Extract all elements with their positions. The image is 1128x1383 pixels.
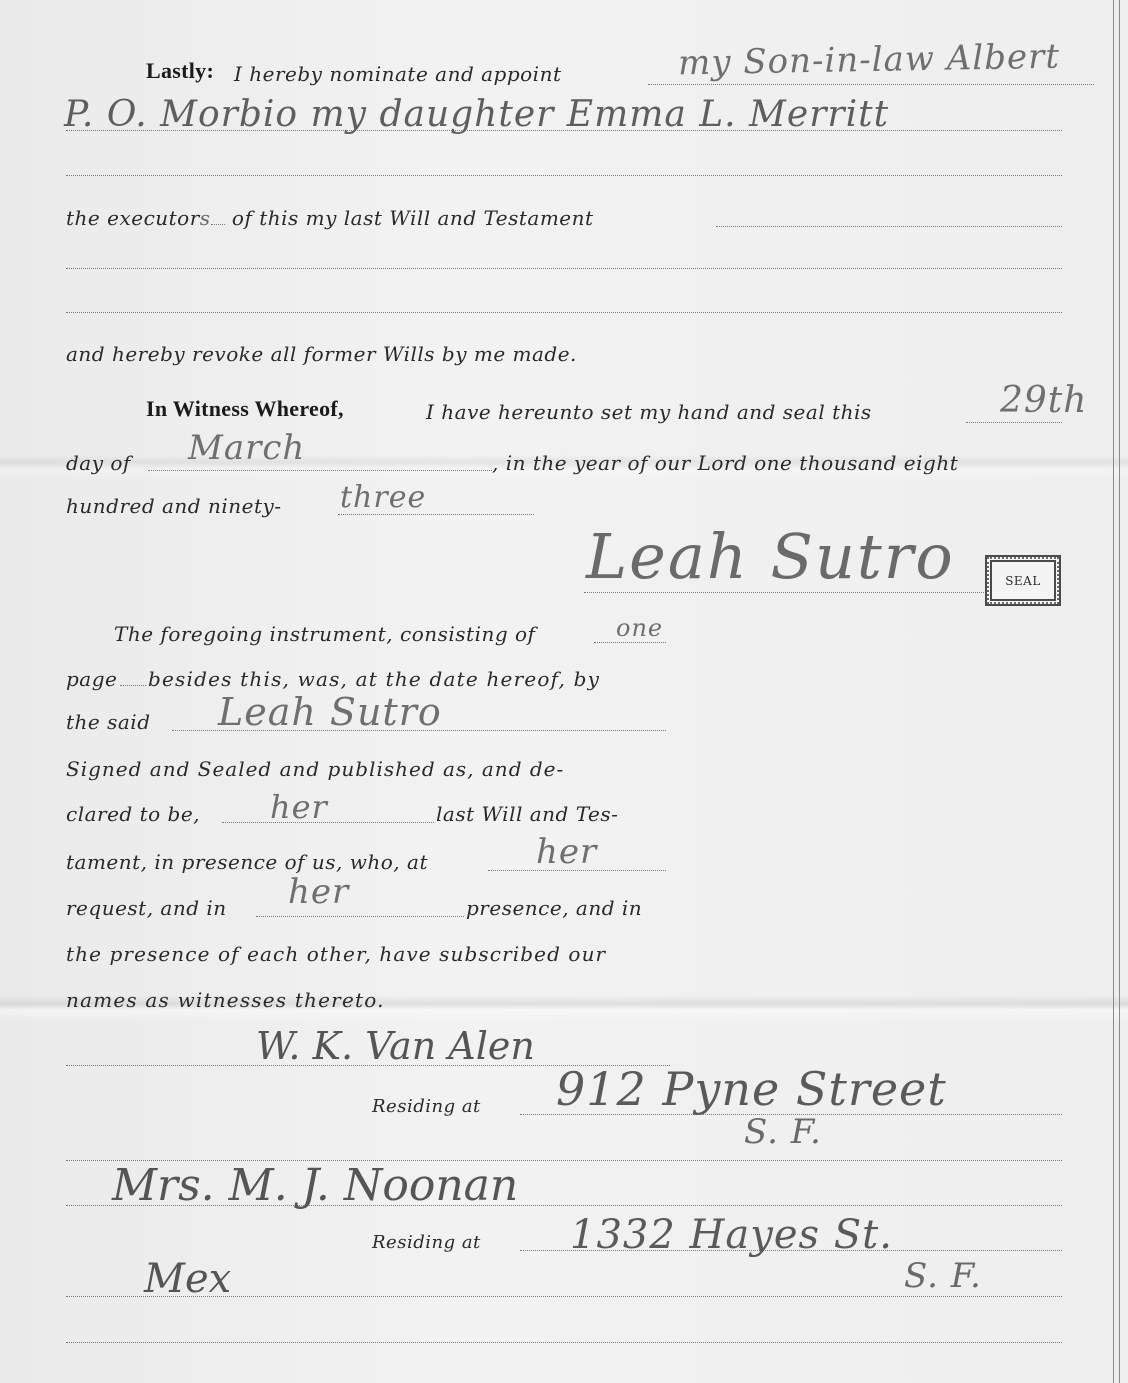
witness-clause-line-9: names as witnesses thereto.	[66, 988, 385, 1012]
pronoun-line-3	[256, 916, 464, 917]
pages-count-line	[594, 642, 666, 643]
attestation-printed-text: I have hereunto set my hand and seal thi…	[426, 400, 872, 424]
day-line	[966, 422, 1062, 423]
executor-printed-text: I hereby nominate and appoint	[234, 62, 562, 86]
pronoun-line-1	[222, 822, 434, 823]
executor-rest: of this my last Will and Testament	[232, 206, 594, 230]
testator-signature: Leah Sutro	[586, 520, 955, 593]
executor-line-1	[648, 84, 1094, 85]
month-line	[148, 470, 492, 471]
pronoun-handwritten-1: her	[270, 788, 328, 826]
witness-clause-line-7b: presence, and in	[466, 896, 642, 920]
day-of-label: day of	[66, 451, 131, 475]
margin-rule-right	[1119, 0, 1120, 1383]
page-line	[120, 685, 146, 686]
revocation-text: and hereby revoke all former Wills by me…	[66, 342, 577, 366]
witness-clause-line-8: the presence of each other, have subscri…	[66, 942, 606, 966]
witness-2-blank-line	[66, 1342, 1062, 1343]
witness-2-residing-label: Residing at	[372, 1232, 481, 1253]
witness-clause-line-5a: clared to be,	[66, 802, 200, 826]
executor-line-4	[716, 226, 1062, 227]
pages-count-handwritten: one	[616, 614, 663, 642]
seal-box: SEAL	[985, 555, 1061, 606]
witness-2-address-1: 1332 Hayes St.	[570, 1212, 893, 1258]
witness-clause-line-5b: last Will and Tes-	[436, 802, 618, 826]
witness-clause-line-6: tament, in presence of us, who, at	[66, 850, 428, 874]
margin-rule-left	[1113, 0, 1114, 1383]
year-handwritten: three	[340, 480, 426, 515]
executor-line-6	[66, 312, 1062, 313]
witness-clause-line-4: Signed and Sealed and published as, and …	[66, 757, 564, 781]
executor-handwritten-2: P. O. Morbio my daughter Emma L. Merritt	[64, 94, 889, 135]
pronoun-handwritten-2: her	[536, 832, 597, 872]
witness-2-signature: Mrs. M. J. Noonan	[112, 1160, 518, 1211]
witness-1-address-2: S. F.	[744, 1112, 822, 1152]
year-text: , in the year of our Lord one thousand e…	[492, 451, 958, 475]
executor-line-3	[66, 175, 1062, 176]
witness-clause-line-2b: besides this, was, at the date hereof, b…	[148, 667, 600, 691]
witness-clause-line-3: the said	[66, 710, 151, 734]
witness-1-signature: W. K. Van Alen	[256, 1024, 535, 1068]
executor-handwritten-1: my Son-in-law Albert	[678, 37, 1061, 84]
pronoun-handwritten-3: her	[288, 872, 349, 912]
executor-line-5	[66, 268, 1062, 269]
day-handwritten: 29th	[1000, 380, 1087, 421]
lastly-heading: Lastly:	[146, 58, 214, 84]
witness-1-address-1: 912 Pyne Street	[556, 1062, 947, 1116]
seal-label: SEAL	[1002, 572, 1044, 590]
executor-prefix: the executor	[66, 206, 200, 230]
month-handwritten: March	[188, 428, 305, 468]
witness-clause-line-1: The foregoing instrument, consisting of	[114, 622, 535, 646]
witness-2-address-2: S. F.	[904, 1256, 982, 1296]
testator-name-handwritten: Leah Sutro	[218, 690, 442, 734]
witness-clause-line-7a: request, and in	[66, 896, 227, 920]
executor-label: the executors of this my last Will and T…	[66, 206, 594, 230]
witness-clause-line-2a: page	[66, 667, 117, 691]
witness-1-residing-label: Residing at	[372, 1096, 481, 1117]
executor-plural-s: s	[200, 206, 211, 230]
in-witness-whereof-heading: In Witness Whereof,	[146, 396, 344, 422]
witness-2-address-line-2	[66, 1296, 1062, 1297]
year-prefix: hundred and ninety-	[66, 494, 282, 518]
